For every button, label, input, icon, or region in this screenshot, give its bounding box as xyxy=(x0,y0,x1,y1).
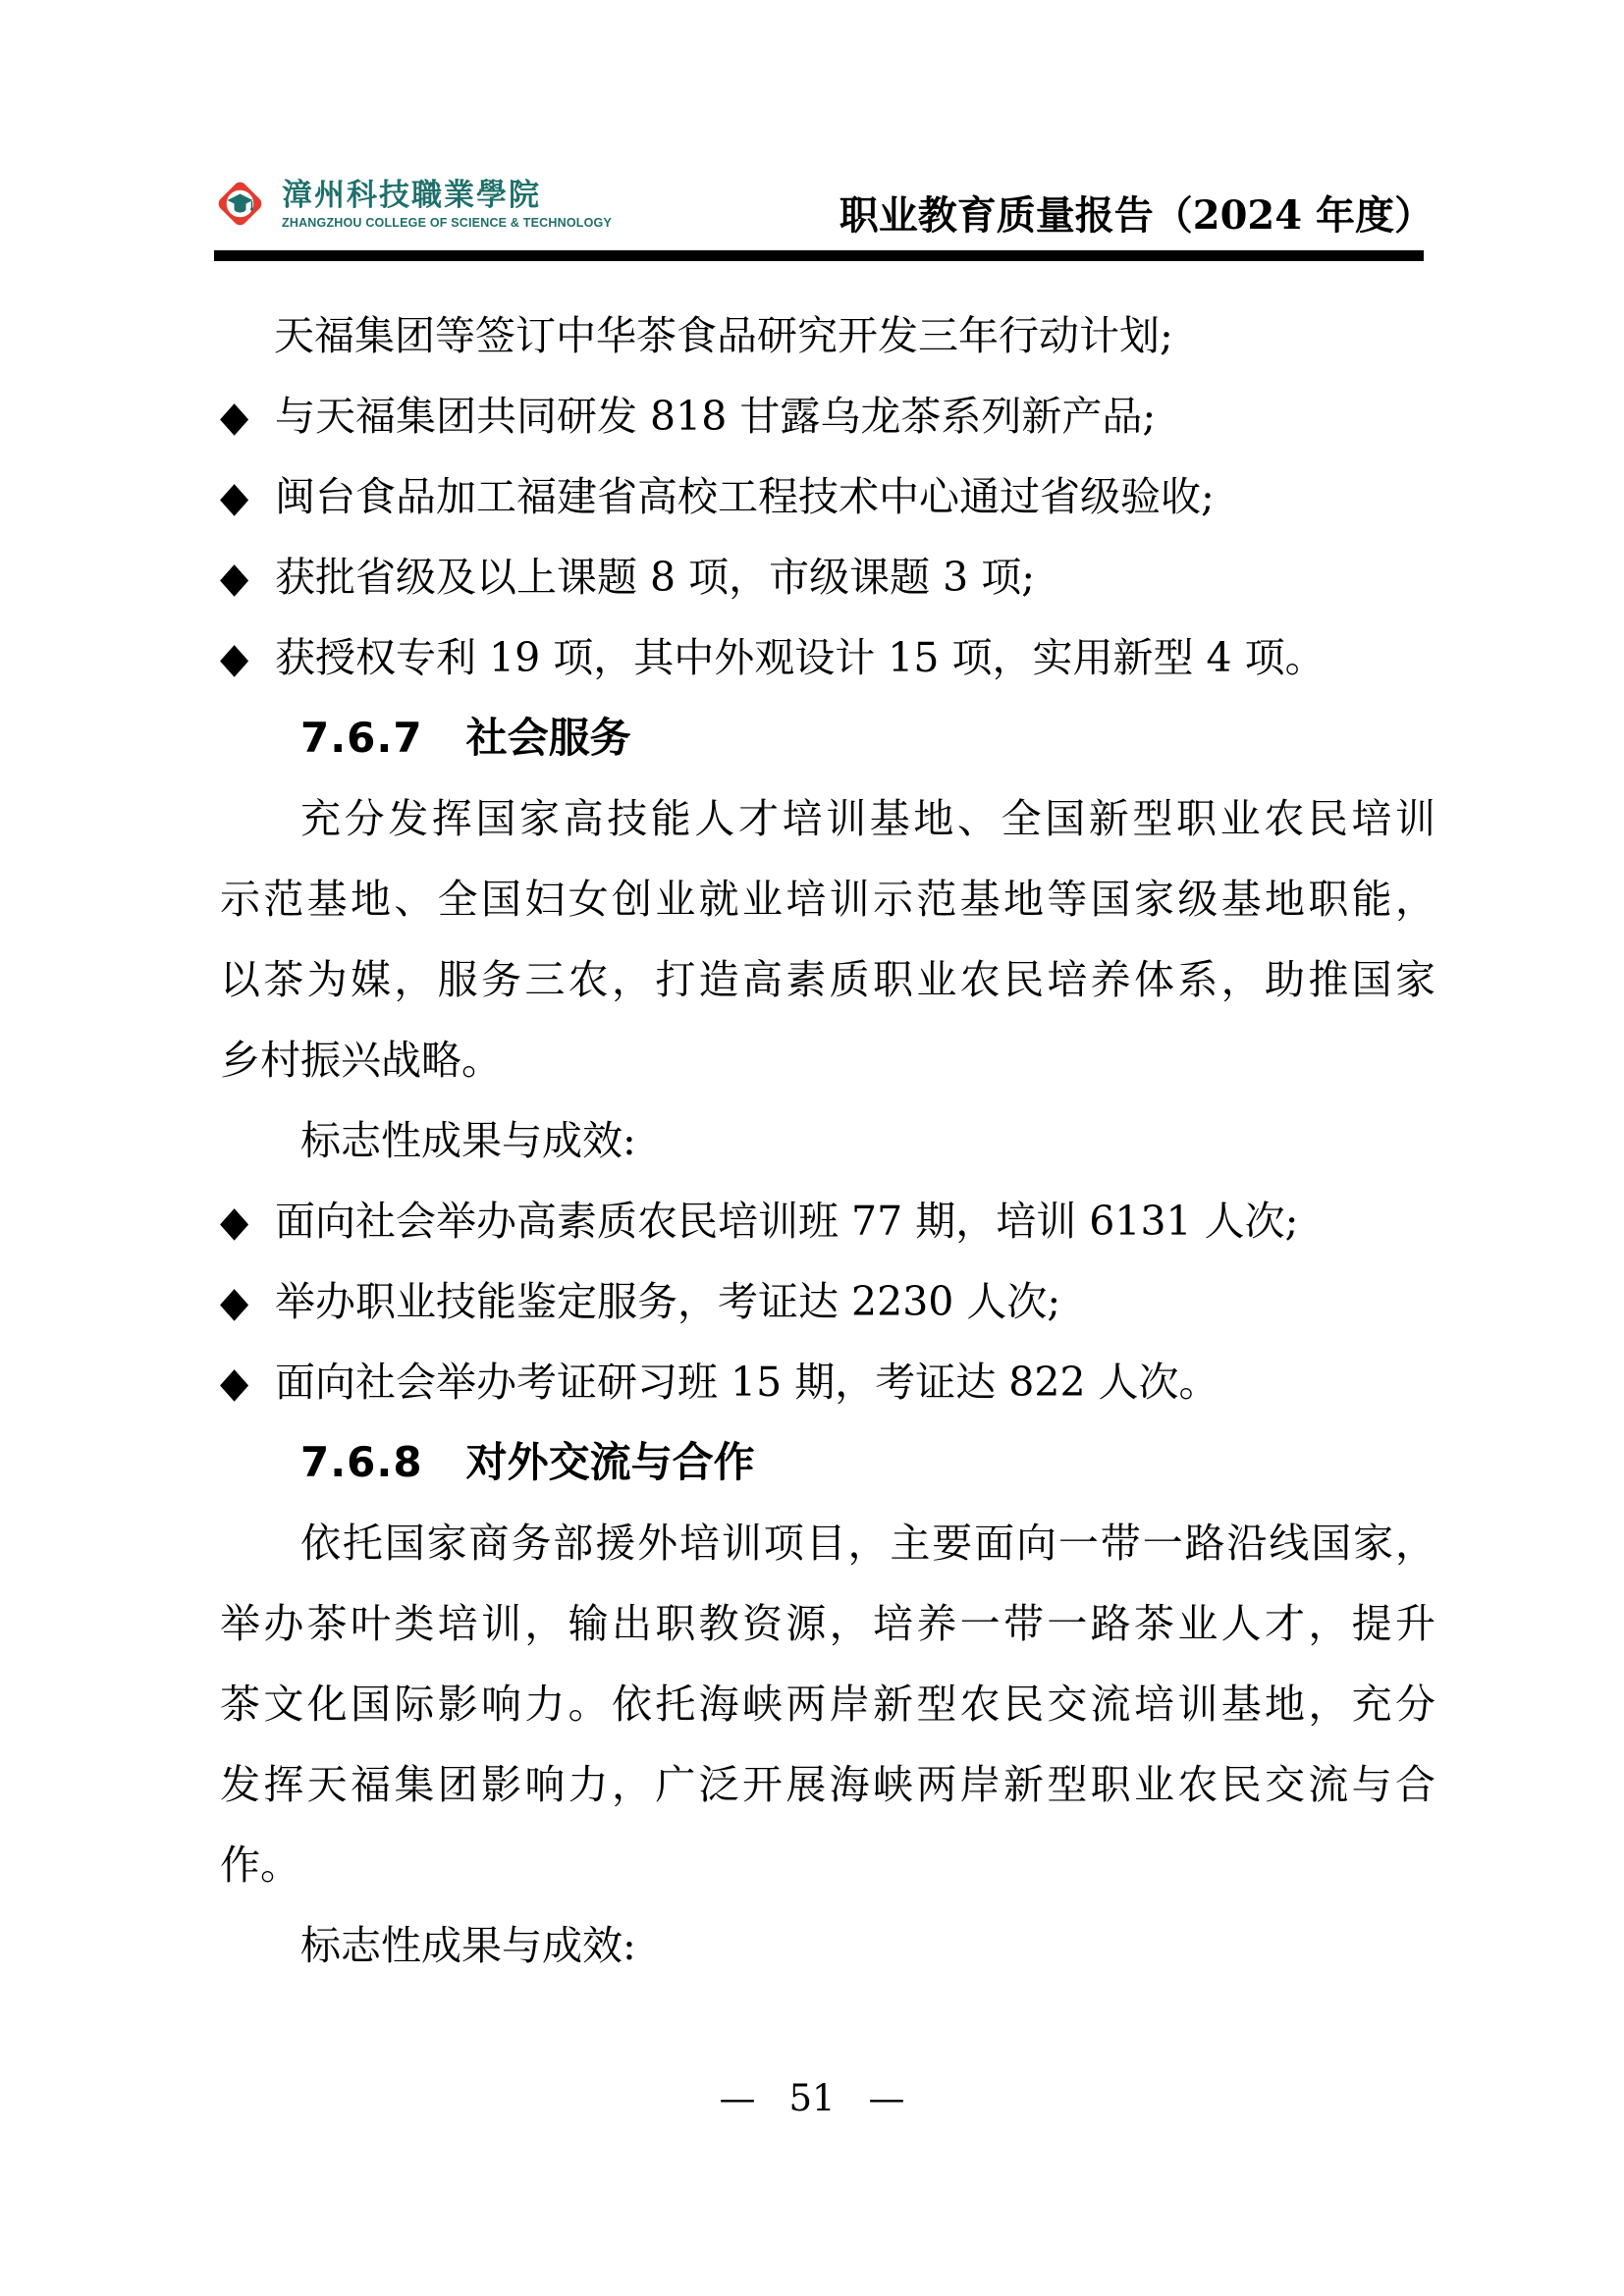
section-number: 7.6.7 xyxy=(300,714,423,762)
bullet-diamond-icon: ◆ xyxy=(220,1281,275,1323)
bullet-diamond-icon: ◆ xyxy=(220,396,275,438)
section-title: 社会服务 xyxy=(466,714,631,762)
bullet-text: 面向社会举办考证研习班 15 期，考证达 822 人次。 xyxy=(275,1342,1219,1422)
header-rule xyxy=(214,250,1424,261)
logo-cap-base xyxy=(235,203,246,213)
school-brand: 漳州科技職業學院 ZHANGZHOU COLLEGE OF SCIENCE & … xyxy=(212,179,612,232)
section-number: 7.6.8 xyxy=(300,1438,423,1486)
paragraph-line: 乡村振兴战略。 xyxy=(220,1020,1435,1100)
bullet-item: ◆ 举办职业技能鉴定服务，考证达 2230 人次; xyxy=(220,1261,1435,1342)
document-page: 漳州科技職業學院 ZHANGZHOU COLLEGE OF SCIENCE & … xyxy=(0,0,1624,2296)
school-name-chinese: 漳州科技職業學院 xyxy=(282,179,612,214)
paragraph-line: 充分发挥国家高技能人才培训基地、全国新型职业农民培训 xyxy=(220,778,1435,859)
report-title: 职业教育质量报告（2024 年度） xyxy=(839,185,1434,240)
bullet-item: ◆ 与天福集团共同研发 818 甘露乌龙茶系列新产品; xyxy=(220,376,1435,456)
bullet-text: 获授权专利 19 项，其中外观设计 15 项，实用新型 4 项。 xyxy=(275,617,1326,698)
bullet-text: 面向社会举办高素质农民培训班 77 期，培训 6131 人次; xyxy=(275,1181,1298,1261)
bullet-item: ◆ 面向社会举办考证研习班 15 期，考证达 822 人次。 xyxy=(220,1342,1435,1422)
bullet-text: 举办职业技能鉴定服务，考证达 2230 人次; xyxy=(275,1261,1060,1342)
section-heading-7-6-8: 7.6.8对外交流与合作 xyxy=(220,1422,1435,1503)
paragraph-line: 示范基地、全国妇女创业就业培训示范基地等国家级基地职能， xyxy=(220,859,1435,939)
bullet-item: ◆ 闽台食品加工福建省高校工程技术中心通过省级验收; xyxy=(220,456,1435,537)
school-name-block: 漳州科技職業學院 ZHANGZHOU COLLEGE OF SCIENCE & … xyxy=(282,179,612,230)
bullet-diamond-icon: ◆ xyxy=(220,476,275,518)
bullet-diamond-icon: ◆ xyxy=(220,1201,275,1243)
footer-dash-left: — xyxy=(719,2077,755,2119)
bullet-text: 闽台食品加工福建省高校工程技术中心通过省级验收; xyxy=(275,456,1215,537)
text-line: 天福集团等签订中华茶食品研究开发三年行动计划; xyxy=(220,295,1435,376)
paragraph-line: 标志性成果与成效: xyxy=(220,1905,1435,1986)
paragraph-line: 发挥天福集团影响力，广泛开展海峡两岸新型职业农民交流与合 xyxy=(220,1744,1435,1825)
paragraph-line: 举办茶叶类培训，输出职教资源，培养一带一路茶业人才，提升 xyxy=(220,1583,1435,1664)
school-name-english: ZHANGZHOU COLLEGE OF SCIENCE & TECHNOLOG… xyxy=(282,216,612,230)
section-heading-7-6-7: 7.6.7社会服务 xyxy=(220,698,1435,778)
bullet-item: ◆ 面向社会举办高素质农民培训班 77 期，培训 6131 人次; xyxy=(220,1181,1435,1261)
bullet-item: ◆ 获授权专利 19 项，其中外观设计 15 项，实用新型 4 项。 xyxy=(220,617,1435,698)
paragraph-line: 作。 xyxy=(220,1825,1435,1905)
page-footer: —51— xyxy=(0,2077,1624,2119)
logo-cap-tassel-knot xyxy=(250,208,253,211)
section-title: 对外交流与合作 xyxy=(466,1438,755,1486)
paragraph-line: 标志性成果与成效: xyxy=(220,1100,1435,1181)
bullet-item: ◆ 获批省级及以上课题 8 项，市级课题 3 项; xyxy=(220,537,1435,617)
bullet-diamond-icon: ◆ xyxy=(220,637,275,679)
bullet-text: 获批省级及以上课题 8 项，市级课题 3 项; xyxy=(275,537,1035,617)
bullet-diamond-icon: ◆ xyxy=(220,1362,275,1404)
paragraph-line: 茶文化国际影响力。依托海峡两岸新型农民交流培训基地，充分 xyxy=(220,1664,1435,1744)
bullet-diamond-icon: ◆ xyxy=(220,557,275,599)
bullet-text: 与天福集团共同研发 818 甘露乌龙茶系列新产品; xyxy=(275,376,1156,456)
footer-dash-right: — xyxy=(869,2077,905,2119)
page-content: 天福集团等签订中华茶食品研究开发三年行动计划; ◆ 与天福集团共同研发 818 … xyxy=(220,295,1435,1986)
paragraph-line: 以茶为媒，服务三农，打造高素质职业农民培养体系，助推国家 xyxy=(220,939,1435,1020)
paragraph-line: 依托国家商务部援外培训项目，主要面向一带一路沿线国家， xyxy=(220,1503,1435,1583)
school-logo-icon xyxy=(212,179,269,232)
page-number: 51 xyxy=(788,2077,835,2119)
